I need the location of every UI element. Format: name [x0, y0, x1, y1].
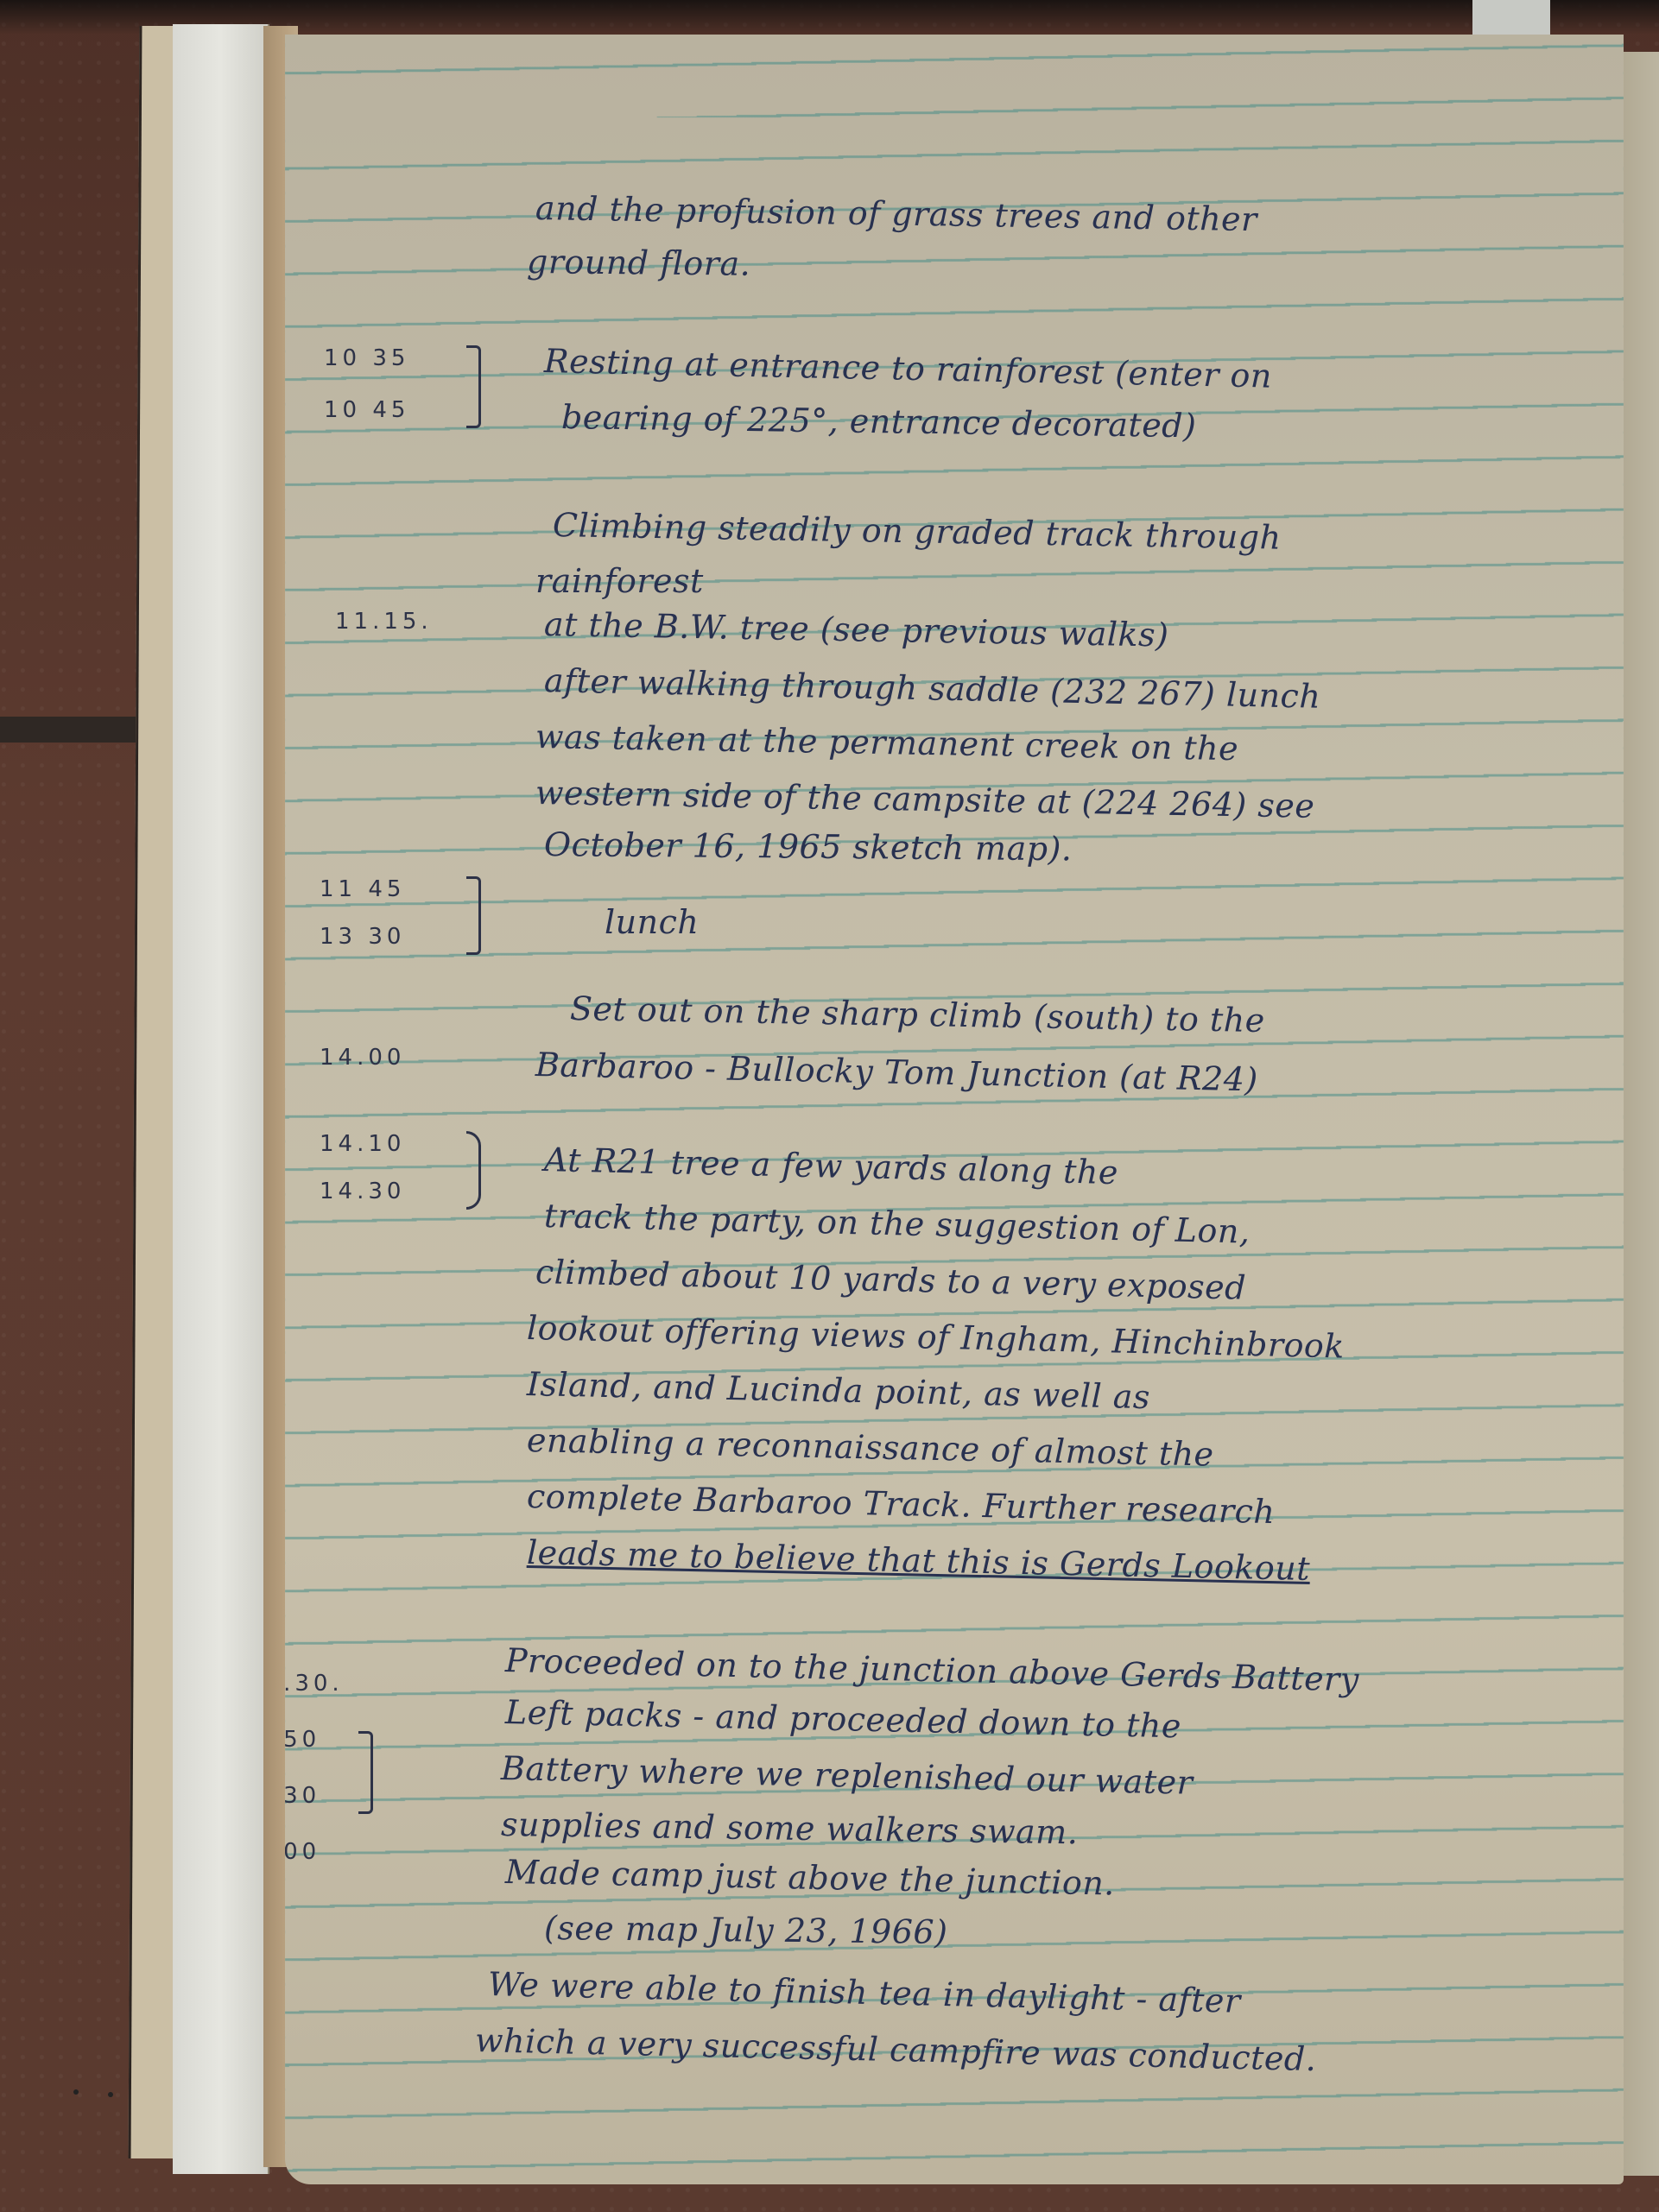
entry-line: (see map July 23, 1966) — [544, 1908, 948, 1952]
entry-time: 14.30 — [320, 1179, 405, 1204]
time-range-bracket — [466, 1131, 481, 1210]
entry-line: ground flora. — [527, 242, 751, 284]
notebook-page: and the profusion of grass trees and oth… — [285, 35, 1624, 2184]
entry-time: 13 30 — [320, 924, 405, 950]
entry-line: lunch — [605, 902, 699, 942]
entry-time: 1700 — [285, 1839, 320, 1865]
time-range-bracket — [466, 876, 481, 955]
entry-line: October 16, 1965 sketch map). — [544, 825, 1073, 869]
entry-time: 11 45 — [320, 876, 405, 902]
entry-time: 14.10 — [320, 1131, 405, 1157]
time-range-bracket — [358, 1731, 373, 1814]
entry-line: supplies and some walkers swam. — [501, 1804, 1079, 1852]
entry-time: 15.30. — [285, 1671, 344, 1697]
underlying-sheet-corner — [1472, 0, 1550, 35]
paper-debris-speck — [73, 2089, 79, 2095]
entry-time: 10 35 — [324, 345, 409, 371]
paper-debris-speck — [108, 2092, 113, 2097]
entry-time: 14.00 — [320, 1045, 405, 1071]
entry-line: rainforest — [535, 561, 704, 601]
time-range-bracket — [466, 345, 481, 428]
entry-time: 1550 — [285, 1727, 320, 1753]
entry-time: 11.15. — [335, 609, 433, 635]
entry-time: 1630 — [285, 1783, 320, 1809]
entry-time: 10 45 — [324, 397, 409, 423]
notebook-page-stack-edge — [173, 24, 269, 2174]
